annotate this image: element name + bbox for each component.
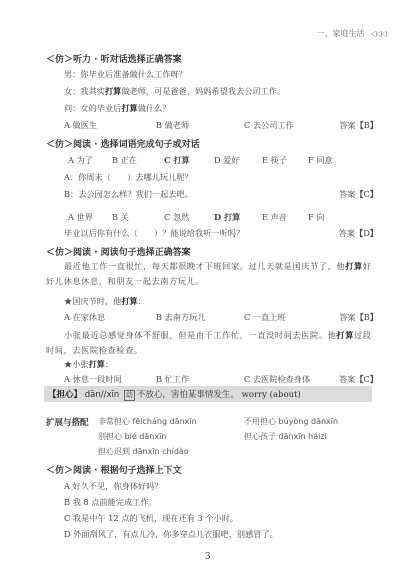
context-item: B 我 8 点前能完成工作。	[64, 497, 157, 508]
option-b: B 做老师	[156, 120, 189, 131]
collocation-item: 别担心 bié dānxīn	[98, 431, 166, 442]
arrows-icon: ◁◁◁	[371, 29, 386, 38]
option-b: B 忙工作	[156, 374, 189, 385]
word-option: F 向	[308, 212, 324, 223]
option-b: B 去南方玩儿	[156, 312, 206, 323]
word-option: D 爱好	[214, 155, 240, 166]
option-a: A 做医生	[64, 120, 97, 131]
question-line: ★小张打算：	[64, 359, 113, 370]
collocation-item: 担心迟到 dānxīn chídào	[98, 446, 189, 457]
context-item: D 外面刮风了，有点儿冷，你多穿点儿衣服吧，别感冒了。	[64, 529, 278, 540]
word-option: F 同意	[308, 155, 333, 166]
chapter-title: 一、家庭生活	[317, 29, 365, 38]
word-option: C 忽然	[164, 212, 189, 223]
dialogue-line: 男：你毕业后准备做什么工作呀？	[64, 69, 187, 80]
context-item: C 我是中午 12 点的飞机，现在还有 3 个小时。	[64, 513, 238, 524]
context-item: A 好久不见，你身体好吗？	[64, 481, 163, 492]
passage-1: 最近他工作一直很忙，每天都很晚才下班回家。过几天就是国庆节了，他打算好好儿休息休…	[46, 259, 372, 289]
word-option: B 正在	[112, 155, 137, 166]
word-option: D 打算	[214, 212, 240, 223]
word-option: B 关	[112, 212, 129, 223]
collocation-item: 担心孩子 dānxīn háizi	[244, 431, 327, 442]
vocab-pinyin: dān//xīn	[85, 390, 120, 400]
question-line: ★国庆节时，他打算：	[64, 296, 146, 307]
answer: 答案【B】	[339, 120, 378, 131]
answer: 答案【C】	[339, 189, 378, 200]
vocab-definition-en: worry (about)	[242, 390, 301, 400]
vocab-headword: 【担心】	[48, 390, 82, 400]
answer: 答案【D】	[339, 228, 378, 239]
word-option: A 为了	[68, 155, 93, 166]
question-line: 毕业以后你有什么（ ）？能说给我听一听吗？	[64, 228, 244, 239]
page-number: 3	[205, 552, 211, 562]
dialogue-line: A：你周末（ ）去哪儿玩儿呢？	[64, 172, 193, 183]
dialogue-line: 女：我其实打算做老师，可是爸爸、妈妈希望我去公司工作。	[64, 86, 285, 97]
vocab-definition-box: 【担心】 dān//xīn 动不放心，害怕某事情发生。 worry (about…	[44, 386, 372, 402]
collocation-item: 不用担心 búyòng dānxīn	[244, 416, 338, 427]
word-option: C 打算	[164, 155, 190, 166]
option-c: C 去公司工作	[244, 120, 294, 131]
section-title-reading: ＜仿＞阅读 · 阅读句子选择正确答案	[46, 245, 191, 258]
section-title-context: ＜仿＞阅读 · 根据句子选择上下文	[46, 463, 182, 476]
answer: 答案【B】	[339, 312, 378, 323]
running-head: 一、家庭生活◁◁◁	[317, 28, 386, 39]
word-option: E 筷子	[262, 155, 287, 166]
vocab-definition-cn: 不放心，害怕某事情发生。	[137, 390, 239, 400]
textbook-page: 一、家庭生活◁◁◁ ＜仿＞听力 · 听对话选择正确答案 男：你毕业后准备做什么工…	[0, 0, 416, 582]
option-a: A 休息一段时间	[64, 374, 122, 385]
collocation-item: 非常担心 fēicháng dānxīn	[98, 416, 197, 427]
section-title-listening: ＜仿＞听力 · 听对话选择正确答案	[46, 52, 182, 65]
answer: 答案【C】	[339, 374, 378, 385]
dialogue-line: B：去公园怎么样？我们一起去吧。	[64, 189, 193, 200]
part-of-speech-badge: 动	[124, 390, 135, 401]
option-a: A 在家休息	[64, 312, 105, 323]
option-c: C 一直上班	[244, 312, 286, 323]
passage-2: 小张最近总感觉身体不舒服，但是由于工作忙，一直没时间去医院。他打算过段时间，去医…	[46, 328, 372, 358]
collocations-label: 扩展与搭配	[46, 416, 89, 428]
question-line: 问：女的毕业后打算做什么？	[64, 103, 171, 114]
section-title-fill-blank: ＜仿＞阅读 · 选择词语完成句子或对话	[46, 137, 200, 150]
word-option: E 声音	[262, 212, 287, 223]
word-option: A 世界	[68, 212, 93, 223]
option-c: C 去医院检查身体	[244, 374, 310, 385]
